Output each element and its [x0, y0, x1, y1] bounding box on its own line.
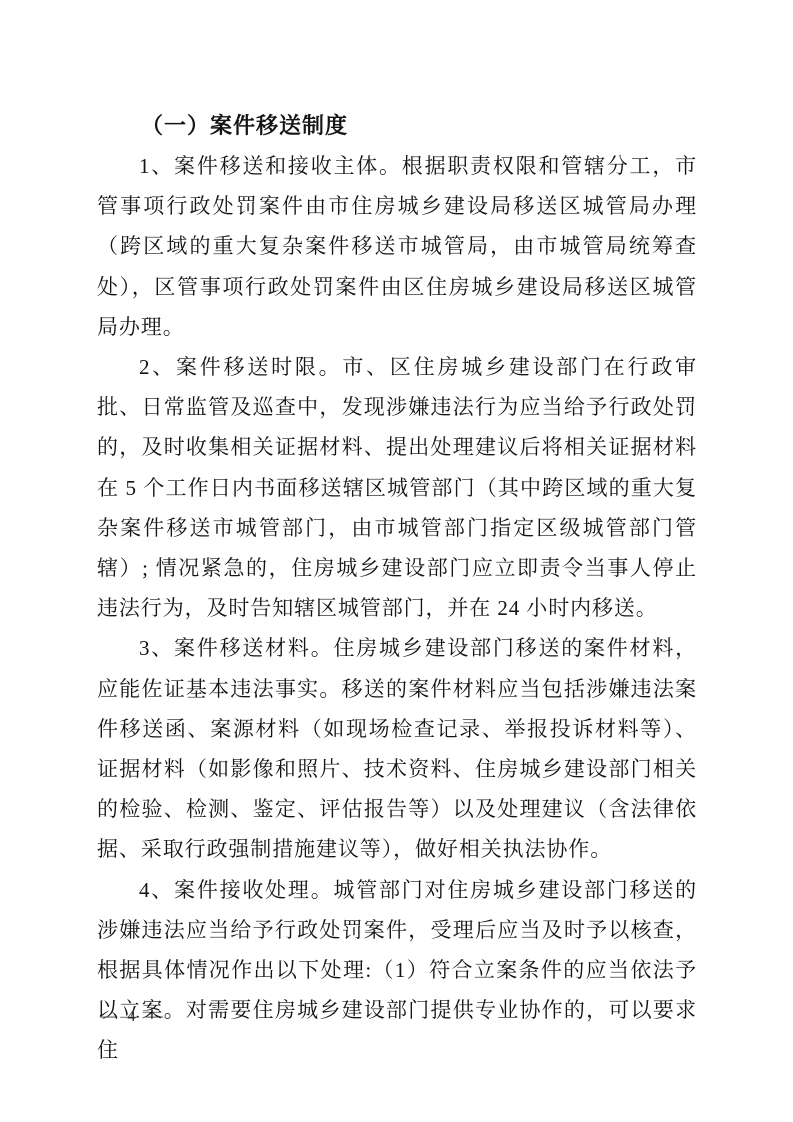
paragraph-case-transfer-deadline: 2、案件移送时限。市、区住房城乡建设部门在行政审批、日常监管及巡查中，发现涉嫌违… — [97, 347, 697, 628]
paragraph-case-transfer-materials: 3、案件移送材料。住房城乡建设部门移送的案件材料，应能佐证基本违法事实。移送的案… — [97, 628, 697, 869]
section-heading: （一）案件移送制度 — [97, 106, 697, 146]
document-body: （一）案件移送制度 1、案件移送和接收主体。根据职责权限和管辖分工，市管事项行政… — [97, 106, 697, 1071]
document-page: （一）案件移送制度 1、案件移送和接收主体。根据职责权限和管辖分工，市管事项行政… — [0, 0, 793, 1122]
paragraph-case-reception-handling: 4、案件接收处理。城管部门对住房城乡建设部门移送的涉嫌违法应当给予行政处罚案件，… — [97, 870, 697, 1071]
page-number: — 4 — — [100, 1006, 166, 1026]
paragraph-case-transfer-subjects: 1、案件移送和接收主体。根据职责权限和管辖分工，市管事项行政处罚案件由市住房城乡… — [97, 146, 697, 347]
